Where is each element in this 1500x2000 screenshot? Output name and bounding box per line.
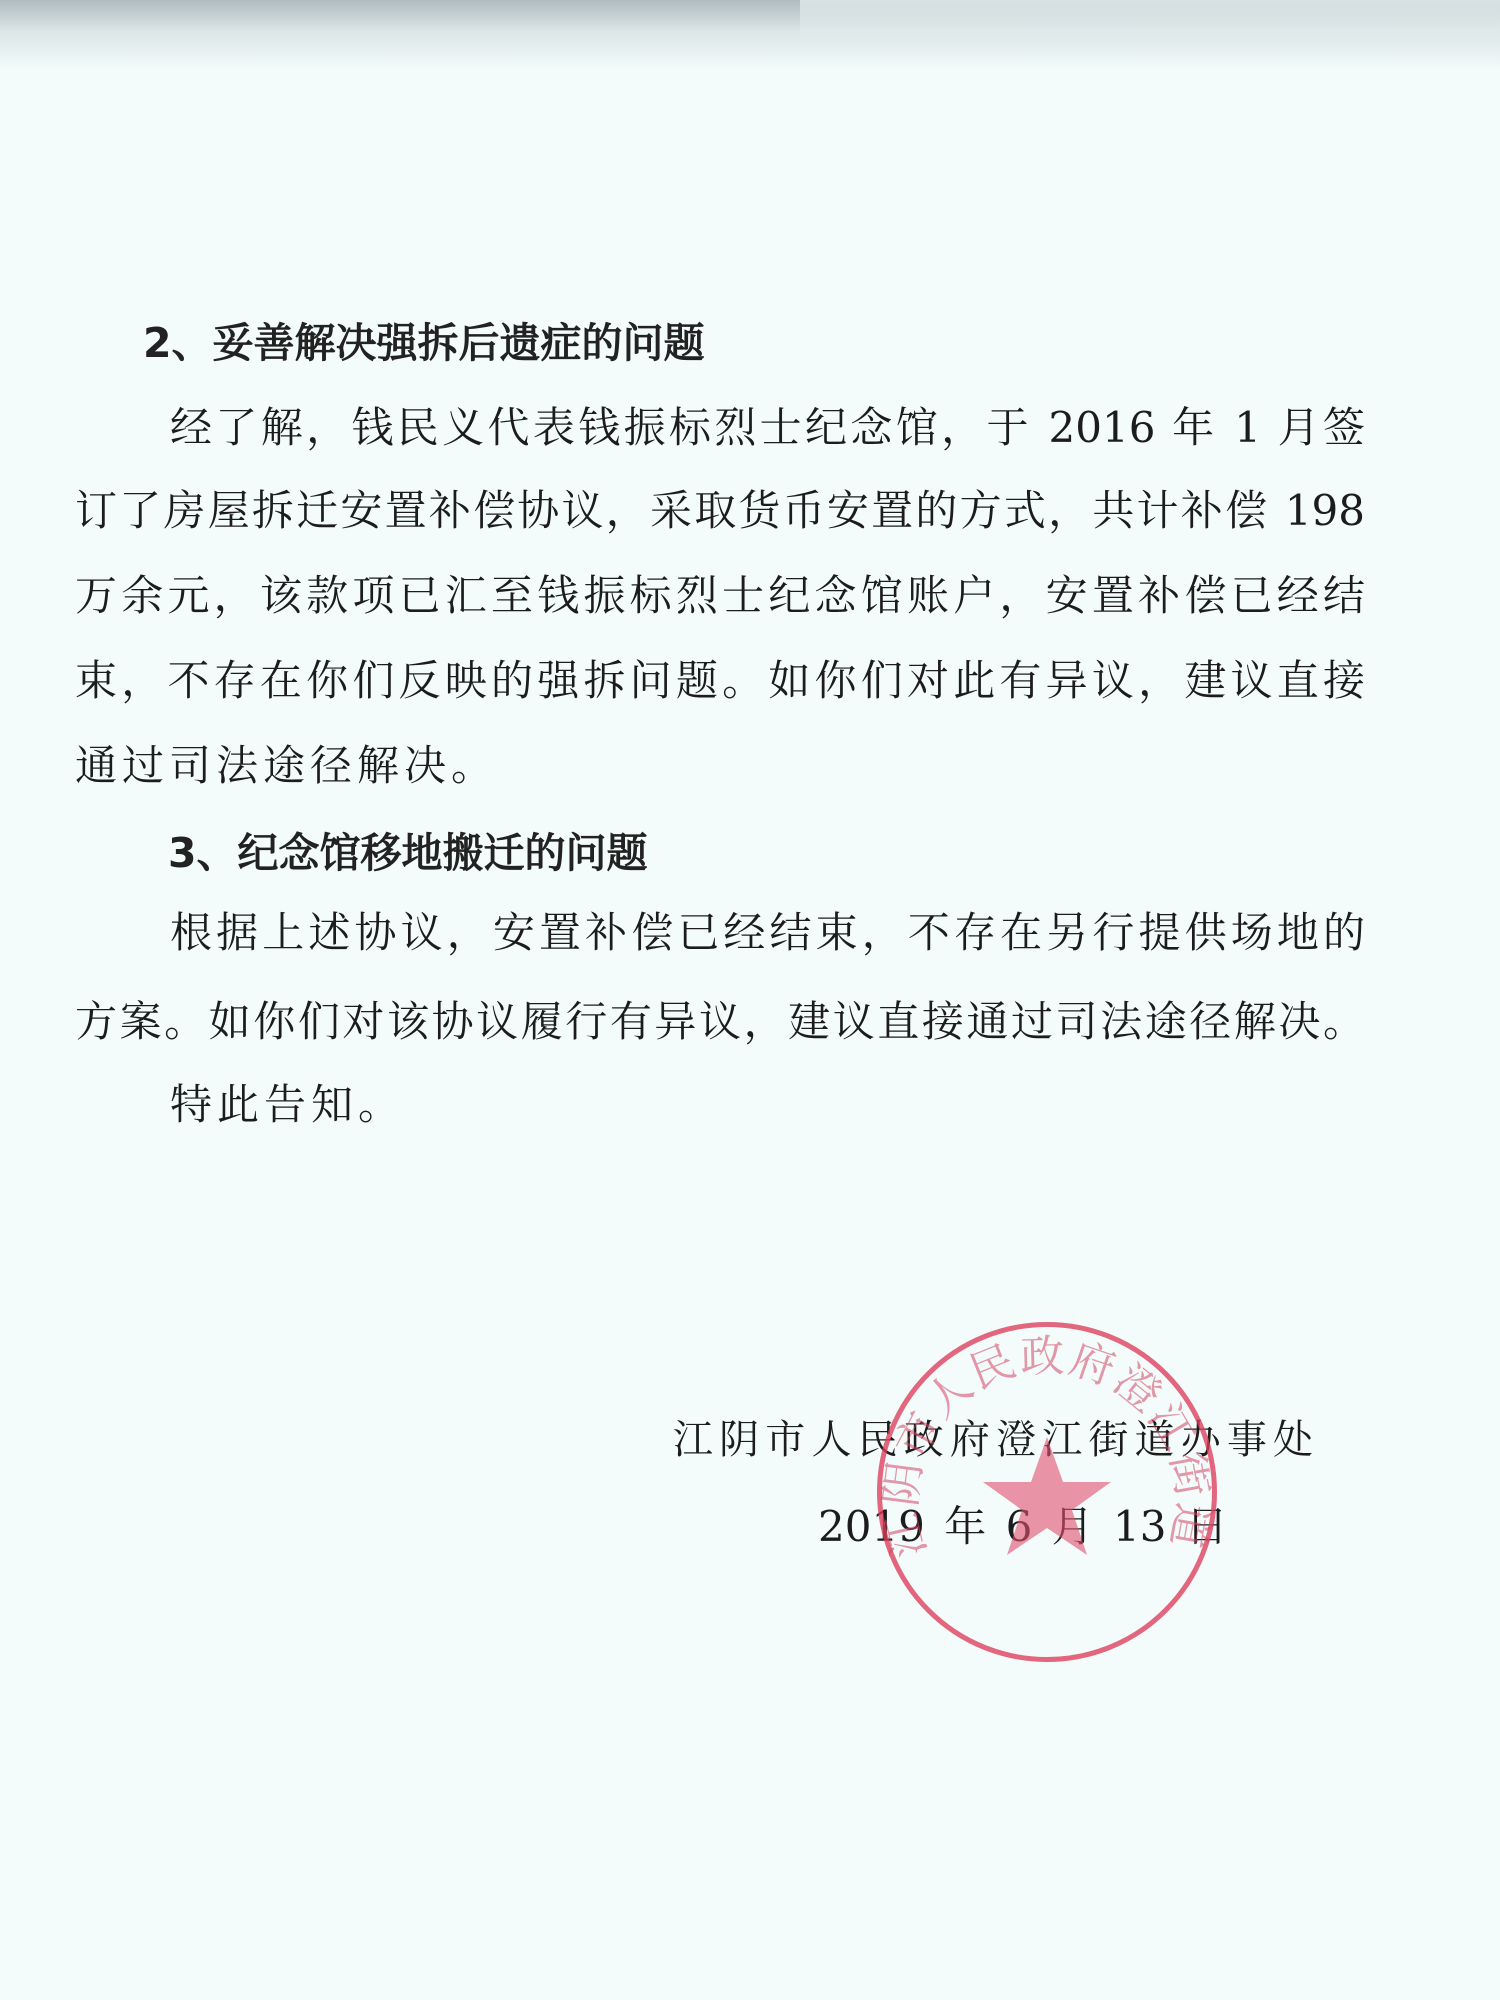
section-2-line-1: 经了解，钱民义代表钱振标烈士纪念馆，于 2016 年 1 月签 [170, 398, 1365, 458]
signature-organization: 江阴市人民政府澄江街道办事处 [673, 1410, 1313, 1470]
signature-date: 2019 年 6 月 13 日 [818, 1497, 1228, 1557]
section-2-line-5: 通过司法途径解决。 [75, 736, 498, 796]
section-2-line-4: 束，不存在你们反映的强拆问题。如你们对此有异议，建议直接 [75, 651, 1365, 711]
scan-shadow-fade [800, 0, 1500, 45]
section-2-heading: 2、妥善解决强拆后遗症的问题 [143, 313, 705, 373]
closing-line: 特此告知。 [170, 1075, 405, 1135]
section-3-line-1: 根据上述协议，安置补偿已经结束，不存在另行提供场地的 [170, 903, 1365, 963]
official-seal: 江阴市人民政府澄江街道办事处 [877, 1322, 1217, 1662]
section-2-line-2: 订了房屋拆迁安置补偿协议，采取货币安置的方式，共计补偿 198 [75, 481, 1365, 541]
section-3-heading: 3、纪念馆移地搬迁的问题 [168, 823, 648, 883]
seal-star-icon: 江阴市人民政府澄江街道办事处 [877, 1322, 1217, 1662]
section-3-line-2: 方案。如你们对该协议履行有异议，建议直接通过司法途径解决。 [75, 992, 1365, 1052]
section-2-line-3: 万余元，该款项已汇至钱振标烈士纪念馆账户，安置补偿已经结 [75, 566, 1365, 626]
